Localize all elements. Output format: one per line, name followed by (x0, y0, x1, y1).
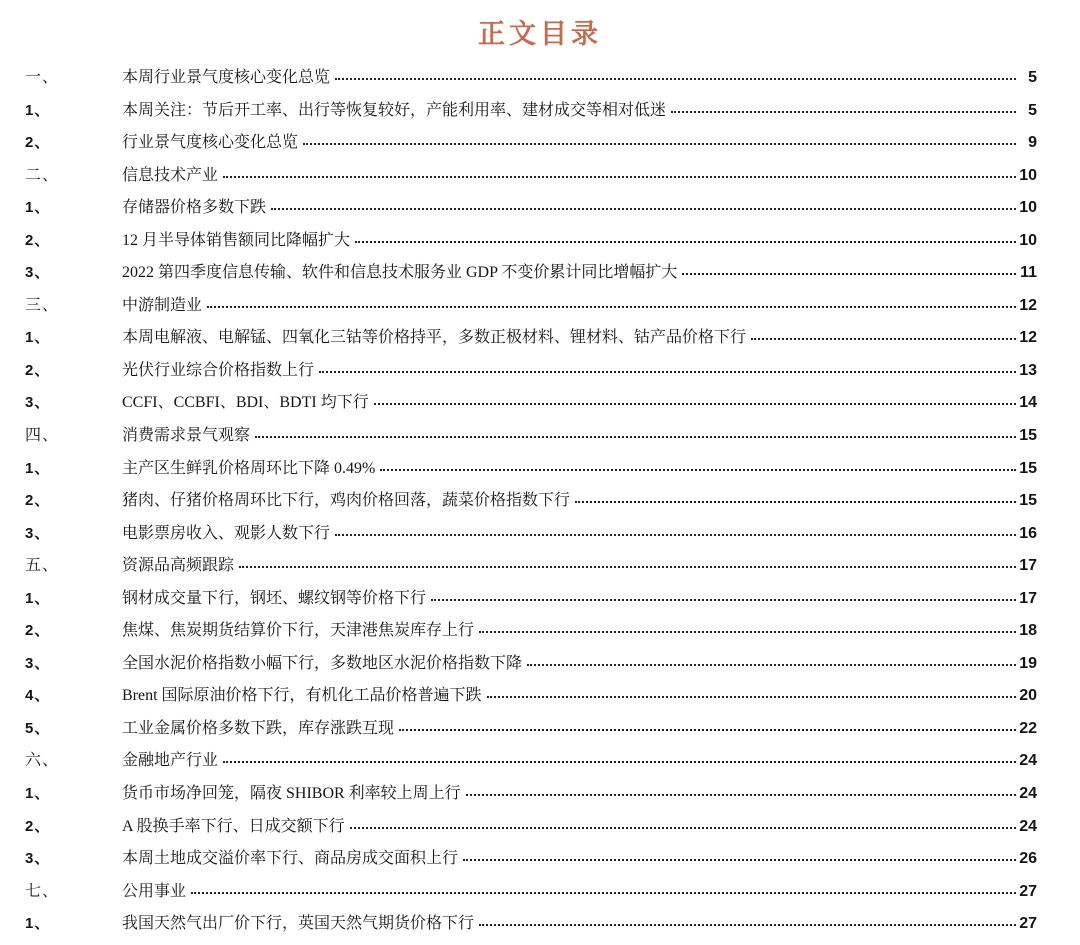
toc-entry-number: 二、 (25, 162, 122, 185)
toc-entry-page: 12 (1019, 329, 1037, 347)
toc-entry-label[interactable]: 猪肉、仔猪价格周环比下行，鸡肉价格回落，蔬菜价格指数下行 (122, 487, 570, 510)
toc-entry[interactable]: 1、 钢材成交量下行，钢坯、螺纹钢等价格下行 17 (25, 585, 1037, 618)
toc-entry[interactable]: 5、 工业金属价格多数下跌，库存涨跌互现 22 (25, 715, 1037, 748)
toc-entry-page: 15 (1019, 460, 1037, 478)
toc-entry-page: 5 (1019, 69, 1037, 87)
toc-entry-number: 六、 (25, 747, 122, 770)
toc-entry[interactable]: 四、 消费需求景气观察 15 (25, 422, 1037, 455)
toc-entry-label[interactable]: 存储器价格多数下跌 (122, 194, 266, 217)
toc-leader-dots (223, 176, 1016, 178)
toc-entry-number: 2、 (25, 229, 122, 250)
toc-entry-page: 24 (1019, 818, 1037, 836)
toc-entry-page: 15 (1019, 427, 1037, 445)
toc-entry-number: 3、 (25, 847, 122, 868)
toc-entry-number: 2、 (25, 359, 122, 380)
toc-entry-label[interactable]: 公用事业 (122, 878, 186, 901)
toc-leader-dots (374, 403, 1016, 405)
toc-entry-label[interactable]: 工业金属价格多数下跌，库存涨跌互现 (122, 715, 394, 738)
toc-entry-number: 2、 (25, 619, 122, 640)
toc-leader-dots (355, 241, 1016, 243)
toc-entry-number: 1、 (25, 196, 122, 217)
toc-entry-number: 四、 (25, 422, 122, 445)
toc-entry-page: 17 (1019, 557, 1037, 575)
toc-entry[interactable]: 3、 电影票房收入、观影人数下行 16 (25, 520, 1037, 553)
toc-entry-page: 15 (1019, 492, 1037, 510)
toc-entry-label[interactable]: 信息技术产业 (122, 162, 218, 185)
toc-entry-label[interactable]: 全国水泥价格指数小幅下行，多数地区水泥价格指数下降 (122, 650, 522, 673)
toc-entry-number: 1、 (25, 912, 122, 933)
toc-entry[interactable]: 七、 公用事业 27 (25, 878, 1037, 911)
toc-entry-label[interactable]: 本周关注：节后开工率、出行等恢复较好，产能利用率、建材成交等相对低迷 (122, 97, 666, 120)
toc-entry[interactable]: 3、 2022 第四季度信息传输、软件和信息技术服务业 GDP 不变价累计同比增… (25, 259, 1037, 292)
toc-entry-label[interactable]: 消费需求景气观察 (122, 422, 250, 445)
toc-entry-page: 22 (1019, 720, 1037, 738)
toc-entry-number: 一、 (25, 64, 122, 87)
toc-leader-dots (527, 664, 1016, 666)
toc-leader-dots (335, 78, 1016, 80)
toc-leader-dots (335, 534, 1016, 536)
toc-leader-dots (239, 566, 1016, 568)
toc-entry-page: 16 (1019, 525, 1037, 543)
toc-entry-number: 三、 (25, 292, 122, 315)
toc-entry-page: 18 (1019, 622, 1037, 640)
toc-entry-number: 2、 (25, 131, 122, 152)
toc-entry-number: 2、 (25, 815, 122, 836)
toc-entry-number: 1、 (25, 587, 122, 608)
toc-entry-number: 3、 (25, 391, 122, 412)
toc-leader-dots (671, 111, 1016, 113)
toc-entry-page: 19 (1019, 655, 1037, 673)
toc-entry-number: 1、 (25, 782, 122, 803)
toc-leader-dots (682, 273, 1016, 275)
toc-entry-page: 20 (1019, 687, 1037, 705)
toc-entry[interactable]: 五、 资源品高频跟踪 17 (25, 552, 1037, 585)
toc-entry-page: 9 (1019, 134, 1037, 152)
toc-entry-number: 2、 (25, 489, 122, 510)
toc-leader-dots (399, 729, 1016, 731)
toc-leader-dots (479, 631, 1016, 633)
toc-entry-number: 3、 (25, 652, 122, 673)
toc-entry[interactable]: 2、 A 股换手率下行、日成交额下行 24 (25, 813, 1037, 846)
toc-leader-dots (223, 761, 1016, 763)
toc-leader-dots (463, 859, 1016, 861)
toc-leader-dots (255, 436, 1016, 438)
toc-entry-label[interactable]: 本周电解液、电解锰、四氧化三钴等价格持平，多数正极材料、锂材料、钴产品价格下行 (122, 324, 746, 347)
toc-entry[interactable]: 1、 本周电解液、电解锰、四氧化三钴等价格持平，多数正极材料、锂材料、钴产品价格… (25, 324, 1037, 357)
toc-leader-dots (487, 696, 1016, 698)
toc-entry[interactable]: 2、 光伏行业综合价格指数上行 13 (25, 357, 1037, 390)
toc-entry[interactable]: 3、 本周土地成交溢价率下行、商品房成交面积上行 26 (25, 845, 1037, 878)
toc-leader-dots (271, 208, 1016, 210)
toc-entry[interactable]: 1、 本周关注：节后开工率、出行等恢复较好，产能利用率、建材成交等相对低迷 5 (25, 97, 1037, 130)
toc-leader-dots (479, 924, 1016, 926)
toc-entry[interactable]: 二、 信息技术产业 10 (25, 162, 1037, 195)
toc-entry-page: 5 (1019, 102, 1037, 120)
toc-entry[interactable]: 一、 本周行业景气度核心变化总览 5 (25, 64, 1037, 97)
toc-leader-dots (303, 143, 1016, 145)
table-of-contents: 一、 本周行业景气度核心变化总览 5 1、 本周关注：节后开工率、出行等恢复较好… (0, 64, 1080, 943)
toc-entry-label[interactable]: 资源品高频跟踪 (122, 552, 234, 575)
toc-leader-dots (751, 338, 1016, 340)
toc-entry-number: 3、 (25, 522, 122, 543)
toc-leader-dots (466, 794, 1016, 796)
toc-entry-label[interactable]: 中游制造业 (122, 292, 202, 315)
toc-leader-dots (380, 469, 1016, 471)
toc-entry[interactable]: 2、 行业景气度核心变化总览 9 (25, 129, 1037, 162)
toc-entry-page: 24 (1019, 752, 1037, 770)
toc-entry-number: 3、 (25, 261, 122, 282)
toc-entry[interactable]: 3、 全国水泥价格指数小幅下行，多数地区水泥价格指数下降 19 (25, 650, 1037, 683)
toc-entry-page: 13 (1019, 362, 1037, 380)
toc-entry[interactable]: 2、 焦煤、焦炭期货结算价下行，天津港焦炭库存上行 18 (25, 617, 1037, 650)
toc-entry[interactable]: 六、 金融地产行业 24 (25, 747, 1037, 780)
toc-entry[interactable]: 1、 主产区生鲜乳价格周环比下降 0.49% 15 (25, 455, 1037, 488)
toc-leader-dots (319, 371, 1016, 373)
toc-entry-page: 10 (1019, 232, 1037, 250)
toc-entry-page: 24 (1019, 785, 1037, 803)
toc-entry-label[interactable]: 钢材成交量下行，钢坯、螺纹钢等价格下行 (122, 585, 426, 608)
toc-leader-dots (191, 892, 1016, 894)
toc-entry[interactable]: 2、 猪肉、仔猪价格周环比下行，鸡肉价格回落，蔬菜价格指数下行 15 (25, 487, 1037, 520)
toc-entry-label[interactable]: Brent 国际原油价格下行，有机化工品价格普遍下跌 (122, 682, 482, 705)
toc-entry-page: 10 (1019, 167, 1037, 185)
toc-entry-label[interactable]: 焦煤、焦炭期货结算价下行，天津港焦炭库存上行 (122, 617, 474, 640)
toc-leader-dots (207, 306, 1016, 308)
toc-entry-label[interactable]: 我国天然气出厂价下行，英国天然气期货价格下行 (122, 910, 474, 933)
toc-entry-label[interactable]: 本周土地成交溢价率下行、商品房成交面积上行 (122, 845, 458, 868)
toc-entry-label[interactable]: 12 月半导体销售额同比降幅扩大 (122, 227, 350, 250)
toc-entry-number: 5、 (25, 717, 122, 738)
toc-entry-page: 14 (1019, 394, 1037, 412)
toc-entry-number: 1、 (25, 457, 122, 478)
toc-leader-dots (350, 827, 1016, 829)
toc-entry-label[interactable]: 本周行业景气度核心变化总览 (122, 64, 330, 87)
page-title: 正文目录 (0, 12, 1080, 51)
toc-entry-page: 10 (1019, 199, 1037, 217)
toc-entry-number: 五、 (25, 552, 122, 575)
toc-entry-label[interactable]: 电影票房收入、观影人数下行 (122, 520, 330, 543)
toc-entry-number: 1、 (25, 326, 122, 347)
toc-entry-page: 11 (1019, 264, 1037, 282)
toc-entry-label[interactable]: 行业景气度核心变化总览 (122, 129, 298, 152)
toc-entry-label[interactable]: 光伏行业综合价格指数上行 (122, 357, 314, 380)
toc-leader-dots (575, 501, 1016, 503)
toc-entry[interactable]: 1、 我国天然气出厂价下行，英国天然气期货价格下行 27 (25, 910, 1037, 943)
toc-entry[interactable]: 2、 12 月半导体销售额同比降幅扩大 10 (25, 227, 1037, 260)
toc-leader-dots (431, 599, 1016, 601)
toc-entry-label[interactable]: 货币市场净回笼，隔夜 SHIBOR 利率较上周上行 (122, 780, 461, 803)
toc-entry-page: 27 (1019, 883, 1037, 901)
toc-entry-label[interactable]: CCFI、CCBFI、BDI、BDTI 均下行 (122, 389, 369, 412)
document-page: 正文目录 一、 本周行业景气度核心变化总览 5 1、 本周关注：节后开工率、出行… (0, 0, 1080, 945)
toc-entry-number: 七、 (25, 878, 122, 901)
toc-entry[interactable]: 三、 中游制造业 12 (25, 292, 1037, 325)
toc-entry-page: 26 (1019, 850, 1037, 868)
toc-entry-number: 4、 (25, 684, 122, 705)
toc-entry[interactable]: 1、 货币市场净回笼，隔夜 SHIBOR 利率较上周上行 24 (25, 780, 1037, 813)
toc-entry[interactable]: 3、 CCFI、CCBFI、BDI、BDTI 均下行 14 (25, 389, 1037, 422)
toc-entry-page: 17 (1019, 590, 1037, 608)
toc-entry-label[interactable]: A 股换手率下行、日成交额下行 (122, 813, 345, 836)
toc-entry[interactable]: 1、 存储器价格多数下跌 10 (25, 194, 1037, 227)
toc-entry-label[interactable]: 金融地产行业 (122, 747, 218, 770)
toc-entry-number: 1、 (25, 99, 122, 120)
toc-entry-label[interactable]: 主产区生鲜乳价格周环比下降 0.49% (122, 455, 375, 478)
toc-entry-label[interactable]: 2022 第四季度信息传输、软件和信息技术服务业 GDP 不变价累计同比增幅扩大 (122, 259, 677, 282)
toc-entry[interactable]: 4、 Brent 国际原油价格下行，有机化工品价格普遍下跌 20 (25, 682, 1037, 715)
toc-entry-page: 12 (1019, 297, 1037, 315)
toc-entry-page: 27 (1019, 915, 1037, 933)
